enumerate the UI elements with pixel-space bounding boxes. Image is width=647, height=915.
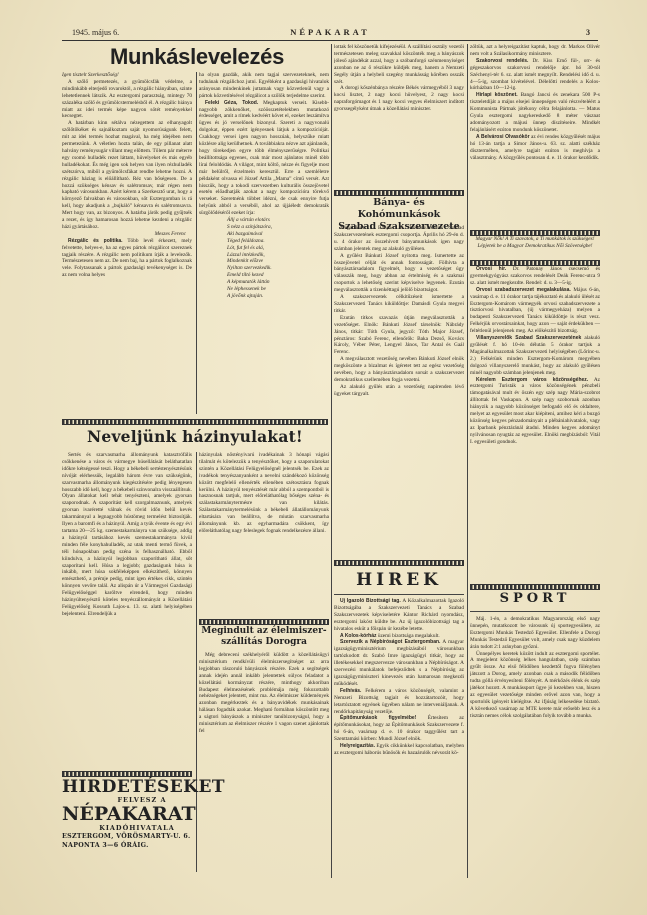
- news-item: Orvosi hír. Dr. Patonay János csecsemő é…: [470, 266, 600, 287]
- dorog-headline-line2: szállítás Dorogra: [199, 637, 329, 648]
- news-item-text: Az esztergomi Turisták a város közönségé…: [470, 377, 600, 445]
- news-item: Felhívás. Felkérem a város közönségét, v…: [334, 688, 464, 716]
- newspaper-title: NÉPAKARAT: [62, 27, 598, 37]
- ornamental-divider: [62, 419, 328, 425]
- rezgalic-paragraph: Rézgálic és politika. Több levél érkezet…: [62, 238, 192, 279]
- munkaslevelezes-col2: ha olyan gazdák, akik nem tagjai szervez…: [199, 72, 329, 417]
- article-paragraph: A gyűlést Bánkuti József nyitotta meg. I…: [334, 253, 464, 294]
- news-item: A Belvárosi Olvasókör az évi rendes közg…: [470, 134, 600, 162]
- ornamental-divider: [334, 190, 464, 196]
- poem-line: S nézz a színjátszóra,: [227, 224, 329, 231]
- news-item-text: alakuló gyűlését f. hó 10-én délután 5 ó…: [470, 335, 600, 376]
- dorog-text: Még debreceni székhelyéről küldött a köz…: [199, 652, 329, 877]
- hirek-items: Új Igazoló Bizottsági tag. A Közalkalmaz…: [334, 598, 464, 878]
- news-item-text: Bangó Jancsi és zenekara 500 P-s tisztel…: [470, 92, 600, 133]
- masthead: 1945. május 6. NÉPAKARAT 3: [62, 24, 598, 41]
- neveljunk-headline: Neveljünk házinyulakat!: [62, 427, 328, 447]
- news-item-lead: Új Igazoló Bizottsági tag.: [340, 598, 401, 604]
- letter-paragraph: ha olyan gazdák, akik nem tagjai szervez…: [199, 72, 329, 100]
- divider: [470, 611, 600, 612]
- column-divider: [467, 44, 468, 878]
- article-paragraph: Máj. 1-én, a demokratikus Magyarország e…: [470, 616, 600, 651]
- article-paragraph: A szakszervezetek célkitűzéseit ismertet…: [334, 294, 464, 315]
- feleki-text: Megkaptuk verseit. Kisebb-nagyobb zökken…: [199, 100, 329, 217]
- munkaslevelezes-headline: Munkáslevelezés: [92, 44, 302, 70]
- feleki-lead: Feleki Géza, Tokod.: [205, 100, 258, 106]
- news-item-lead: Kérelem Esztergom város közönségéhez.: [476, 377, 588, 383]
- column-divider: [331, 44, 332, 878]
- munkaslevelezes-col1: Igen tisztelt Szerkesztőség! A szőlő per…: [62, 72, 192, 417]
- col3-top: lottak fel köszönetük kifejezéséül. A sz…: [334, 44, 464, 189]
- news-item: Új Igazoló Bizottsági tag. A Közalkalmaz…: [334, 598, 464, 633]
- news-item-lead: A Kolos-kórház: [340, 633, 376, 639]
- letter-paragraph: A szőlő permetezés, a gyümölcsfák védelm…: [62, 79, 192, 120]
- ad-line: HIRDETÉSEKET: [62, 778, 192, 796]
- ad-line: NAPONTA 3—6 ÓRÁIG.: [62, 841, 192, 850]
- news-item: Orvosi szabadszervezet megalakulása. Máj…: [470, 287, 600, 335]
- news-item-lead: Hírlapi köszönet.: [476, 92, 518, 98]
- page-number: 3: [586, 28, 590, 37]
- news-item-lead: Felhívás.: [340, 688, 361, 694]
- article-paragraph: Sertés és szarvasmarha állományunk katas…: [62, 452, 192, 618]
- article-paragraph: Megalakult a Bánya- és Kohómunkások Szab…: [334, 225, 464, 253]
- banya-text: Megalakult a Bánya- és Kohómunkások Szab…: [334, 225, 464, 537]
- news-item-lead: Szakorvosi rendelés.: [476, 58, 528, 64]
- ad-line: NÉPAKARAT: [62, 804, 192, 824]
- poem-line: A képmutatók láttán: [227, 279, 329, 286]
- article-paragraph: házinyulak nőstényivarú ivadékainak 3 hó…: [199, 452, 329, 535]
- news-item: Szervezik a Népbíróságot Esztergomban. A…: [334, 639, 464, 687]
- letter-signature: Meszes Ferenc: [62, 231, 186, 238]
- article-paragraph: A dorogi kőszénbánya részére Békés várme…: [334, 85, 464, 113]
- article-paragraph: A megválasztott vezetőség nevében Bánkut…: [334, 356, 464, 384]
- news-item: Építőmunkások figyelmébe! Értesítem az é…: [334, 715, 464, 743]
- news-item-text: üzemi bizottsága megalakult.: [378, 633, 440, 639]
- rezgalic-text: Több levél érkezett, mely felvetette, he…: [62, 238, 192, 279]
- poem-line: Emeld tiltó kezed: [227, 272, 329, 279]
- news-item: Helyreigazítás. Egyik cikkünkkel kapcsol…: [334, 743, 464, 757]
- poem: Állj a vártán elotárs S nézz a színjátsz…: [199, 217, 329, 300]
- news-item: A Kolos-kórház üzemi bizottsága megalaku…: [334, 633, 464, 640]
- poem-line: Ne léphessenek be: [227, 286, 329, 293]
- boxed-notice: Magyar Nők! A Ti szavatok, a Ti munkátok…: [472, 236, 598, 258]
- news-item-lead: Helyreigazítás.: [340, 743, 375, 749]
- advertisement-box: HIRDETÉSEKET FELVESZ A NÉPAKARAT KIADÓHI…: [62, 778, 192, 876]
- news-item-text: zöltük, azt a helyreigazítást kaptuk, ho…: [470, 44, 600, 57]
- sport-text: Máj. 1-én, a demokratikus Magyarország e…: [470, 616, 600, 878]
- neveljunk-col2: házinyulak nőstényivarú ivadékainak 3 hó…: [199, 452, 329, 614]
- hirek-headline: HIREK: [334, 570, 464, 590]
- news-item: Hírlapi köszönet. Bangó Jancsi és zeneka…: [470, 92, 600, 133]
- news-item-lead: Orvosi hír.: [476, 266, 506, 272]
- poem-line: Aki bazgaimával: [227, 231, 329, 238]
- letter-paragraph: A határban kinn sétálva nézegettem az el…: [62, 120, 192, 231]
- poem-line: A jövőnk ajtaján.: [227, 293, 329, 300]
- poem-line: Nyiltan szervezkedik.: [227, 265, 329, 272]
- rezgalic-lead: Rézgálic és politika.: [68, 238, 123, 244]
- dorog-headline: Megindult az élelmiszer- szállítás Dorog…: [199, 626, 329, 648]
- ad-line: ESZTERGOM, VÖRÖSMARTY-U. 6.: [62, 832, 192, 841]
- article-paragraph: Még debreceni székhelyéről küldött a köz…: [199, 652, 329, 735]
- column-divider: [196, 452, 197, 872]
- news-item: Kérelem Esztergom város közönségéhez. Az…: [470, 377, 600, 446]
- salutation: Igen tisztelt Szerkesztőség!: [62, 72, 192, 79]
- col4-top: zöltük, azt a helyreigazítást kaptuk, ho…: [470, 44, 600, 228]
- neveljunk-col1: Sertés és szarvasmarha állományunk katas…: [62, 452, 192, 769]
- ornamental-divider: [199, 619, 329, 625]
- article-paragraph: Ezután titkos szavazás útján megválaszto…: [334, 315, 464, 356]
- divider: [334, 594, 464, 595]
- article-paragraph: Ünnepélyes keretek között indult az eszt…: [470, 651, 600, 720]
- column-divider: [196, 72, 197, 414]
- poem-line: Mindenkit előzve: [227, 258, 329, 265]
- news-item: Szakorvosi rendelés. Dr. Kiss Ernő fül-,…: [470, 58, 600, 93]
- ornamental-divider: [470, 584, 600, 590]
- news-item-lead: Villanyszerelők Szabad Szakszervezetének: [476, 335, 581, 341]
- sport-headline: SPORT: [470, 591, 600, 607]
- news-item-text: A magyar igazságügyminisztérium megbízás…: [334, 639, 464, 686]
- ornamental-divider: [334, 560, 464, 566]
- news-item: zöltük, azt a helyreigazítást kaptuk, ho…: [470, 44, 600, 58]
- article-paragraph: Az alakuló gyűlés után a vezetőség napir…: [334, 384, 464, 398]
- ad-line: KIADÓHIVATALA: [82, 824, 192, 832]
- news-item-lead: Építőmunkások figyelmébe!: [340, 715, 416, 721]
- poem-line: Lót, fut fel és alá,: [227, 245, 329, 252]
- news-item-lead: Orvosi szabadszervezet megalakulása.: [476, 287, 571, 293]
- news-item-text: Május 6-án, vasárnap d. e. 11 órakor tar…: [470, 287, 600, 334]
- col4-items: Orvosi hír. Dr. Patonay János csecsemő é…: [470, 266, 600, 580]
- news-item-lead: A Belvárosi Olvasókör: [476, 134, 530, 140]
- article-paragraph: lottak fel köszönetük kifejezéséül. A sz…: [334, 44, 464, 85]
- dorog-headline-line1: Megindult az élelmiszer-: [199, 626, 329, 637]
- feleki-paragraph: Feleki Géza, Tokod. Megkaptuk verseit. K…: [199, 100, 329, 217]
- banya-headline-line1: Bánya- és Kohómunkások: [334, 197, 464, 221]
- poem-line: Téged feláldozna.: [227, 238, 329, 245]
- newspaper-page: 1945. május 6. NÉPAKARAT 3 Munkáslevelez…: [0, 0, 647, 915]
- poem-line: Állj a vártán elotárs: [227, 217, 329, 224]
- news-item-lead: Szervezik a Népbíróságot Esztergomban.: [340, 639, 440, 645]
- news-item: Villanyszerelők Szabad Szakszervezetének…: [470, 335, 600, 376]
